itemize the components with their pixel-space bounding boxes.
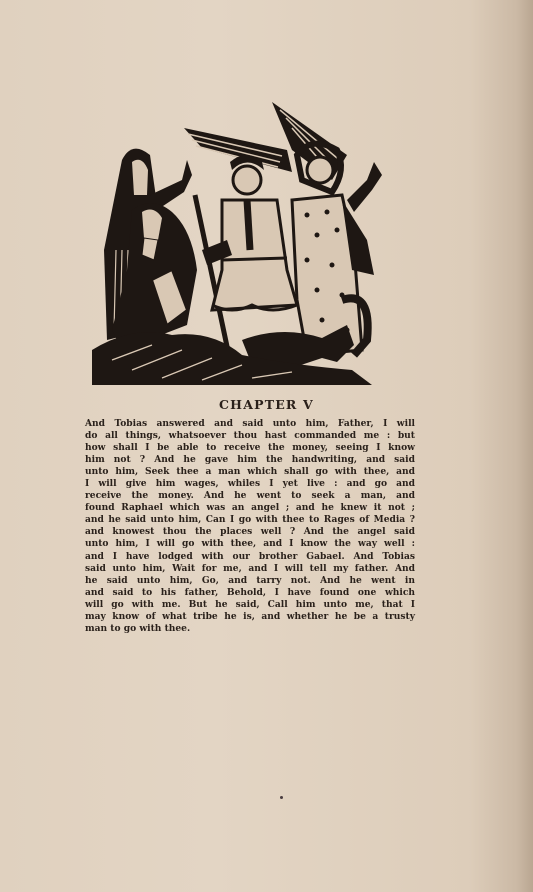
text-line: him not ? And he gave him the handwritin… — [85, 454, 415, 466]
text-line: may know of what tribe he is, and whethe… — [85, 611, 415, 623]
text-line: and I have lodged with our brother Gabae… — [85, 551, 415, 563]
text-line: unto him, Seek thee a man which shall go… — [85, 466, 415, 478]
text-line: unto him, I will go with thee, and I kno… — [85, 538, 415, 550]
text-line: man to go with thee. — [85, 623, 415, 635]
text-line: said unto him, Wait for me, and I will t… — [85, 563, 415, 575]
chapter-heading: CHAPTER V — [0, 397, 533, 412]
text-line: found Raphael which was an angel ; and h… — [85, 502, 415, 514]
text-line: and said to his father, Behold, I have f… — [85, 587, 415, 599]
text-line: and knowest thou the places well ? And t… — [85, 526, 415, 538]
text-line: receive the money. And he went to seek a… — [85, 490, 415, 502]
text-line: he said unto him, Go, and tarry not. And… — [85, 575, 415, 587]
text-line: I will give him wages, whiles I yet live… — [85, 478, 415, 490]
text-line: And Tobias answered and said unto him, F… — [85, 418, 415, 430]
woodcut-illustration — [92, 100, 392, 385]
book-page: CHAPTER V And Tobias answered and said u… — [0, 0, 533, 892]
paper-speck — [280, 796, 283, 799]
text-line: will go with me. But he said, Call him u… — [85, 599, 415, 611]
text-line: and he said unto him, Can I go with thee… — [85, 514, 415, 526]
text-line: do all things, whatsoever thou hast comm… — [85, 430, 415, 442]
woodcut-illustration-icon — [92, 100, 392, 385]
text-line: how shall I be able to receive the money… — [85, 442, 415, 454]
chapter-body-text: And Tobias answered and said unto him, F… — [85, 418, 415, 635]
